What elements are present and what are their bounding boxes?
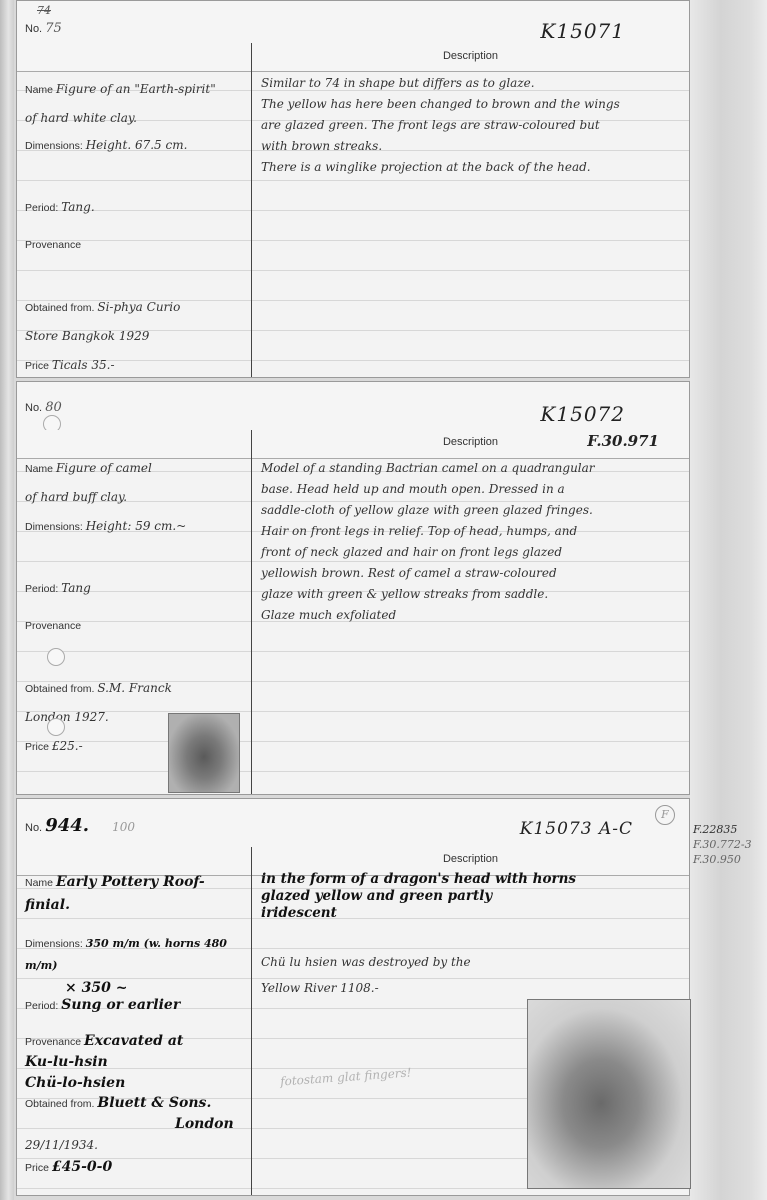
k-number: K15071 — [540, 19, 625, 43]
name-field: Name Early Pottery Roof- finial. — [25, 871, 247, 917]
circled-f-mark: F — [655, 805, 675, 825]
card-header: No. 80 K15072 — [17, 382, 689, 432]
card-number-value: 75 — [45, 21, 62, 36]
k-number: K15073 A-C — [520, 819, 633, 839]
obtained-from-field: Obtained from. Si-phya Curio Store Bangk… — [25, 293, 247, 351]
period-field: Period: Tang. — [25, 193, 247, 222]
price-field: Price £45-0-0 — [25, 1153, 247, 1182]
description-text-note: Chü lu hsien was destroyed by the Yellow… — [261, 949, 677, 1001]
punch-hole — [47, 648, 65, 666]
margin-notes: F.22835 F.30.772-3 F.30.950 — [693, 822, 752, 867]
extra-number: 100 — [112, 820, 135, 834]
description-text: Model of a standing Bactrian camel on a … — [261, 458, 677, 626]
description-heading: Description — [252, 853, 689, 865]
page-edge — [690, 0, 767, 1200]
description-text: Similar to 74 in shape but differs as to… — [261, 73, 677, 178]
catalogue-card-75: 74 No. 75 K15071 Description Name Figure… — [16, 0, 690, 378]
card-header: 74 No. 75 K15071 — [17, 1, 689, 45]
catalogue-card-944: No. 944. 100 K15073 A-C F Description Na… — [16, 798, 690, 1196]
f-number: F.30.971 — [587, 432, 659, 450]
struck-number: 74 — [37, 4, 51, 17]
catalogue-card-80: No. 80 K15072 Description F.30.971 Name … — [16, 381, 690, 795]
dimensions-field: Dimensions: Height: 59 cm.~ — [25, 512, 247, 541]
name-field: Name Figure of camel of hard buff clay. — [25, 454, 247, 512]
column-divider — [251, 43, 252, 377]
description-heading: Description — [252, 50, 689, 62]
period-field: Period: Sung or earlier — [25, 991, 247, 1020]
obtained-from-field: Obtained from. Bluett & Sons. London 29/… — [25, 1093, 247, 1156]
camel-photo — [168, 713, 240, 793]
column-divider — [251, 847, 252, 1195]
k-number: K15072 — [540, 402, 625, 426]
description-text-main: in the form of a dragon's head with horn… — [261, 871, 677, 922]
provenance-field: Provenance — [25, 231, 247, 259]
dragon-head-photo — [527, 999, 691, 1189]
provenance-field: Provenance Excavated at Ku-lu-hsin Chü-l… — [25, 1031, 247, 1094]
card-number-value: 80 — [45, 400, 62, 415]
name-field: Name Figure of an "Earth-spirit" of hard… — [25, 75, 247, 133]
binder-spine — [0, 0, 14, 1200]
card-number: No. 75 — [25, 21, 62, 36]
price-field: Price Ticals 35.- — [25, 351, 247, 380]
card-number: No. 80 — [25, 400, 62, 415]
provenance-field: Provenance — [25, 612, 247, 640]
card-number-value: 944. — [45, 815, 89, 836]
card-number: No. 944. 100 — [25, 815, 135, 836]
dimensions-field: Dimensions: Height. 67.5 cm. — [25, 131, 247, 160]
period-field: Period: Tang — [25, 574, 247, 603]
card-header: No. 944. 100 K15073 A-C F — [17, 799, 689, 849]
dimensions-field: Dimensions: 350 m/m (w. horns 480 m/m) ×… — [25, 933, 247, 1000]
column-divider — [251, 430, 252, 794]
